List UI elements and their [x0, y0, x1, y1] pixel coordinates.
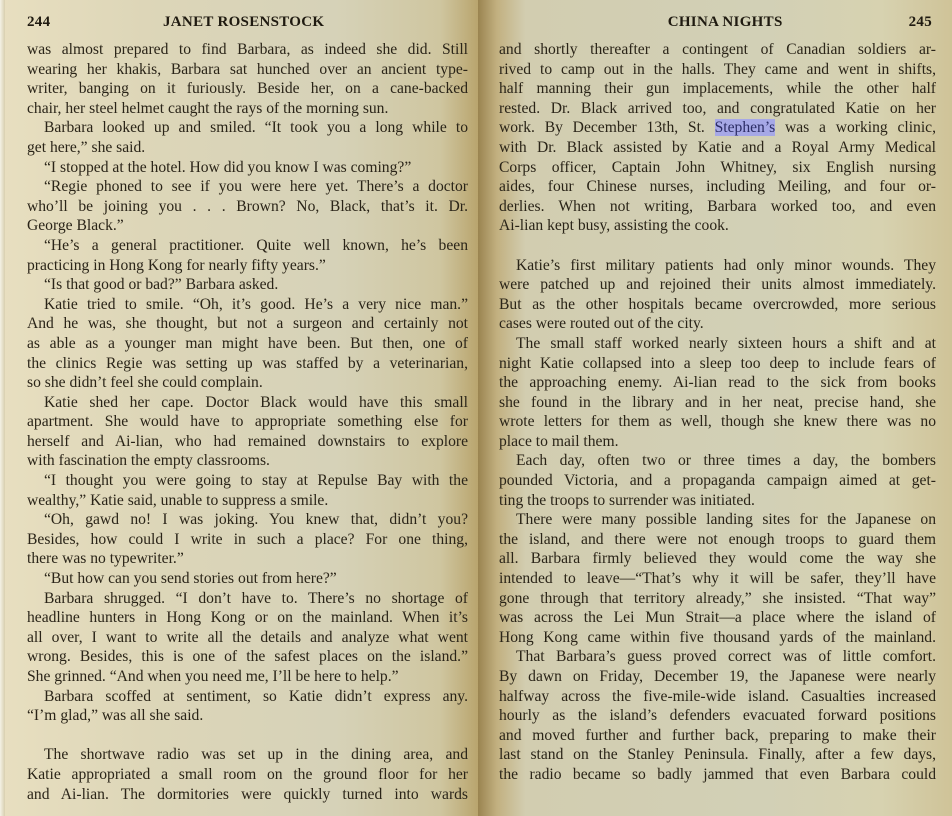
text-line: ting the troops to surrender was initiat…: [499, 491, 936, 511]
text-line: work. By December 13th, St. Stephen’s wa…: [499, 118, 936, 138]
text-line: “I stopped at the hotel. How did you kno…: [27, 158, 468, 178]
text-line: And he was, she thought, but not a surge…: [27, 314, 468, 334]
text-line: headline hunters in Hong Kong or on the …: [27, 608, 468, 628]
text-line: The small staff worked nearly sixteen ho…: [499, 334, 936, 354]
left-page: 244 JANET ROSENSTOCK was almost prepared…: [0, 0, 478, 816]
text-line: were patched up and rejoined their units…: [499, 275, 936, 295]
text-line: derlies. When not writing, Barbara worke…: [499, 197, 936, 217]
author-running-head: JANET ROSENSTOCK: [163, 14, 468, 31]
text-line: “I thought you were going to stay at Rep…: [27, 471, 468, 491]
text-line: cases were routed out of the city.: [499, 314, 936, 334]
text-line: and moved further and further back, prep…: [499, 726, 936, 746]
text-line: wrote letters for them as well, though s…: [499, 412, 936, 432]
text-line: and Ai-lian. The dormitories were quickl…: [27, 785, 468, 805]
text-line: That Barbara’s guess proved correct was …: [499, 647, 936, 667]
text-line: “I’m glad,” was all she said.: [27, 706, 468, 726]
right-page-body: and shortly thereafter a contingent of C…: [499, 40, 936, 785]
text-line: the approaching enemy. Ai-lian read to t…: [499, 373, 936, 393]
running-head-right: CHINA NIGHTS 245: [499, 14, 936, 40]
page-number-right: 245: [909, 14, 932, 31]
left-page-body: was almost prepared to find Barbara, as …: [27, 40, 468, 804]
text-line: wearing her khakis, Barbara sat hunched …: [27, 60, 468, 80]
text-line: as able as a younger man might have been…: [27, 334, 468, 354]
text-line: all. Barbara firmly believed they would …: [499, 549, 936, 569]
text-line: Corps officer, Captain John Whitney, six…: [499, 158, 936, 178]
text-line: Barbara looked up and smiled. “It took y…: [27, 118, 468, 138]
text-line: There were many possible landing sites f…: [499, 510, 936, 530]
text-line: rived to camp out in the halls. They cam…: [499, 60, 936, 80]
text-line: “Oh, gawd no! I was joking. You knew tha…: [27, 510, 468, 530]
text-line: who’ll be joining you . . . Brown? No, B…: [27, 197, 468, 217]
text-line: Hong Kong came within five thousand yard…: [499, 628, 936, 648]
page-number-left: 244: [27, 14, 163, 31]
text-line: place to mail them.: [499, 432, 936, 452]
page-edge: [0, 0, 5, 816]
book-title-running-head: CHINA NIGHTS: [668, 14, 783, 31]
text-line: The shortwave radio was set up in the di…: [27, 745, 468, 765]
text-line: aides, four Chinese nurses, including Me…: [499, 177, 936, 197]
highlighted-selection[interactable]: Stephen’s: [715, 119, 776, 136]
section-break: [499, 236, 936, 256]
text-line: with Dr. Black assisted by Katie and a R…: [499, 138, 936, 158]
text-line: the radio became so badly jammed that ev…: [499, 765, 936, 785]
text-line: wealthy,” Katie said, unable to suppress…: [27, 491, 468, 511]
text-line: was almost prepared to find Barbara, as …: [27, 40, 468, 60]
text-line: Ai-lian kept busy, assisting the cook.: [499, 216, 936, 236]
right-page: CHINA NIGHTS 245 and shortly thereafter …: [478, 0, 952, 816]
text-line: hourly as the island’s defenders evacuat…: [499, 706, 936, 726]
text-line: pounded Victoria, and a propaganda campa…: [499, 471, 936, 491]
text-line: Katie appropriated a small room on the g…: [27, 765, 468, 785]
text-line: Each day, often two or three times a day…: [499, 451, 936, 471]
text-line: halfway across the five-mile-wide island…: [499, 687, 936, 707]
text-line: But as the other hospitals became overcr…: [499, 295, 936, 315]
text-line: wrong. Besides, this is one of the safes…: [27, 647, 468, 667]
text-line: Barbara shrugged. “I don’t have to. Ther…: [27, 589, 468, 609]
text-line: practicing in Hong Kong for nearly fifty…: [27, 256, 468, 276]
section-break: [27, 726, 468, 746]
text-line: rested. Dr. Black arrived too, and congr…: [499, 99, 936, 119]
book-spread: 244 JANET ROSENSTOCK was almost prepared…: [0, 0, 952, 816]
text-line: Katie’s first military patients had only…: [499, 256, 936, 276]
text-line: She grinned. “And when you need me, I’ll…: [27, 667, 468, 687]
text-line: intended to leave—“That’s why it will be…: [499, 569, 936, 589]
text-line: the clinics Regie was setting up was sta…: [27, 354, 468, 374]
text-line: so she didn’t feel she could complain.: [27, 373, 468, 393]
text-line: last stand on the Stanley Peninsula. Fin…: [499, 745, 936, 765]
text-line: chair, her steel helmet caught the rays …: [27, 99, 468, 119]
text-line: “He’s a general practitioner. Quite well…: [27, 236, 468, 256]
text-line: night Katie collapsed into a sleep too d…: [499, 354, 936, 374]
text-line: herself and Ai-lian, who had remained do…: [27, 432, 468, 452]
text-line: Katie shed her cape. Doctor Black would …: [27, 393, 468, 413]
text-line: George Black.”: [27, 216, 468, 236]
text-line: Besides, how could I write in such a pla…: [27, 530, 468, 550]
text-line: “Is that good or bad?” Barbara asked.: [27, 275, 468, 295]
text-line: there was no typewriter.”: [27, 549, 468, 569]
text-line: half manning their gun implacements, whi…: [499, 79, 936, 99]
text-line: By dawn on Friday, December 19, the Japa…: [499, 667, 936, 687]
text-line: gone through that territory already,” sh…: [499, 589, 936, 609]
text-line: get here,” she said.: [27, 138, 468, 158]
text-line: all over, I want to write all the detail…: [27, 628, 468, 648]
text-line: Barbara scoffed at sentiment, so Katie d…: [27, 687, 468, 707]
text-line: was across the Lei Mun Strait—a place wh…: [499, 608, 936, 628]
text-line: and shortly thereafter a contingent of C…: [499, 40, 936, 60]
text-line: apartment. She would have to appropriate…: [27, 412, 468, 432]
text-line: “But how can you send stories out from h…: [27, 569, 468, 589]
text-line: with fascination the empty classrooms.: [27, 451, 468, 471]
text-line: “Regie phoned to see if you were here ye…: [27, 177, 468, 197]
text-line: the island, and there were not enough tr…: [499, 530, 936, 550]
text-line: Katie tried to smile. “Oh, it’s good. He…: [27, 295, 468, 315]
text-line: writer, banging on it furiously. Beside …: [27, 79, 468, 99]
text-line: she found in the library and in her neat…: [499, 393, 936, 413]
running-head-left: 244 JANET ROSENSTOCK: [27, 14, 468, 40]
